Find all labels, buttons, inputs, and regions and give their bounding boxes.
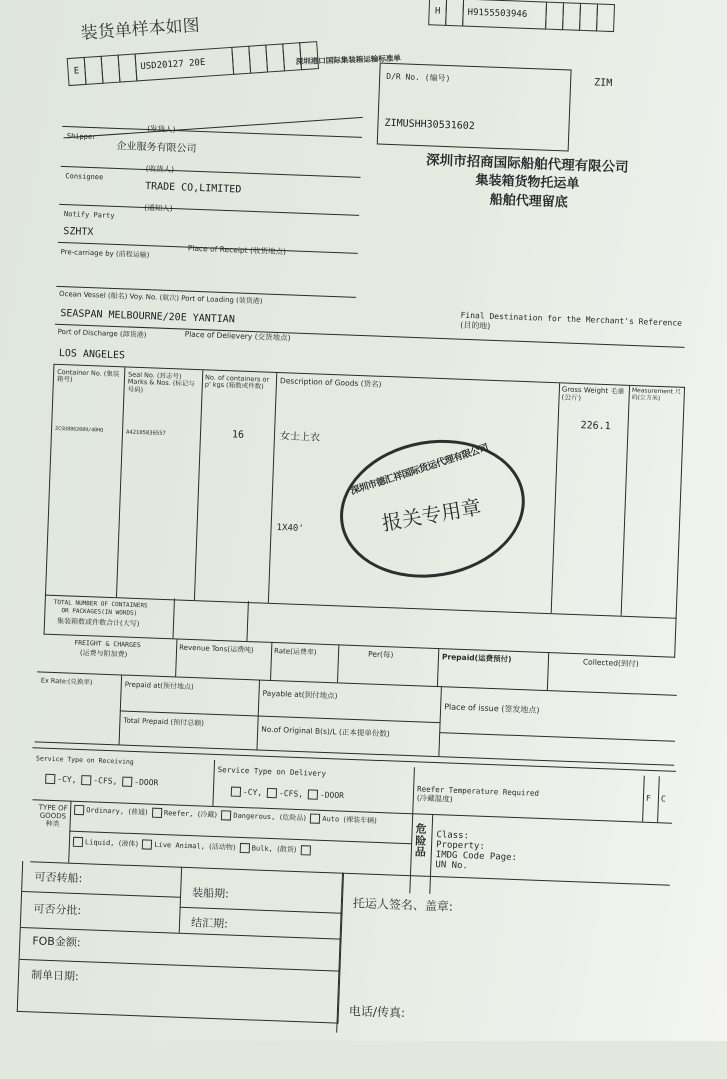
- final-destination-cn: (目的地): [460, 321, 491, 331]
- doc-code-left: EUSD20127 20E: [68, 41, 319, 86]
- header-container-no: Container No. (集装箱号): [57, 369, 122, 386]
- receiving-cfs-checkbox[interactable]: [81, 775, 91, 785]
- shipper-label: Shipper: [67, 132, 97, 141]
- consignee-value: TRADE CO,LIMITED: [145, 181, 242, 196]
- partial-shipment-label: 可否分批:: [33, 903, 81, 917]
- customs-stamp: 深圳市德汇祥国际货运代理有限公司 报关专用章: [329, 426, 536, 592]
- delivery-cfs-checkbox[interactable]: [267, 788, 277, 798]
- reefer-checkbox[interactable]: [152, 808, 162, 818]
- consignee-cn-label: (收货人): [146, 165, 175, 175]
- service-delivery-options: -CY, -CFS, -DOOR: [231, 787, 344, 801]
- dangerous-goods-label: 危险品: [415, 823, 428, 858]
- container-size-value: 1X40': [276, 523, 303, 534]
- transship-label: 可否转船:: [34, 871, 82, 885]
- stamp-ring-text: 深圳市德汇祥国际货运代理有限公司: [350, 444, 490, 499]
- total-label-line2: OR PACKAGES(IN WORDS): [61, 608, 137, 618]
- doc-code-left-value: USD20127 20E: [135, 47, 235, 82]
- header-description: Description of Goods (货名): [280, 377, 382, 389]
- company-title: 深圳市招商国际船舶代理有限公司: [426, 153, 629, 176]
- precarriage-label: Pre-carriage by (前程运输): [60, 248, 149, 259]
- receiving-door-checkbox[interactable]: [122, 777, 132, 787]
- delivery-label: Place of Delievery (交货地点): [184, 331, 290, 344]
- loading-date-label: 装船期:: [192, 887, 229, 901]
- dr-label: D/R No. (编号): [386, 72, 450, 84]
- live-animal-checkbox[interactable]: [142, 839, 152, 849]
- prepaid-at-label: Prepaid at(预付地点): [125, 681, 194, 692]
- carrier-name: ZIM: [594, 77, 612, 89]
- final-destination-label: Final Destination for the Merchant's Ref…: [460, 311, 682, 328]
- other-checkbox[interactable]: [301, 845, 311, 855]
- header-seal-no: Seal No. (封志号) Marks & Nos. (标记与号码): [127, 372, 200, 397]
- dr-number: ZIMUSHH30531602: [384, 118, 475, 133]
- revenue-tons-label: Revenue Tons(运费吨): [179, 644, 254, 655]
- reefer-f: F: [646, 794, 651, 803]
- discharge-value: LOS ANGELES: [59, 348, 126, 362]
- discharge-label: Port of Discharge (卸货港): [58, 328, 147, 339]
- dg-un-no: UN No.: [435, 860, 468, 872]
- ordinary-checkbox[interactable]: [74, 805, 84, 815]
- consignee-label: Consignee: [65, 172, 103, 181]
- auto-checkbox[interactable]: [310, 813, 320, 823]
- dr-box: D/R No. (编号) ZIMUSHH30531602: [377, 63, 572, 152]
- original-bl-label: No.of Original B(s)/L (正本提单份数): [261, 726, 390, 739]
- payable-at-label: Payable at(到付地点): [262, 690, 337, 701]
- shipper-cn-label: (发货人): [147, 125, 176, 135]
- ex-rate-label: Ex Rate:(兑换率): [41, 678, 93, 687]
- page-caption: 装货单样本如图: [80, 17, 200, 45]
- total-prepaid-label: Total Prepaid (预付总额): [123, 717, 204, 728]
- description-value: 女士上衣: [280, 431, 320, 444]
- goods-type-label: TYPE OF GOODS 种类: [37, 804, 68, 829]
- delivery-door-checkbox[interactable]: [308, 789, 318, 799]
- packages-value: 16: [232, 429, 244, 441]
- collected-label: Collected(到付): [583, 658, 639, 669]
- freight-cn: (运费与附加费): [80, 649, 128, 659]
- dangerous-checkbox[interactable]: [221, 810, 231, 820]
- shipper-value: 企业服务有限公司: [116, 141, 196, 155]
- vessel-value: SEASPAN MELBOURNE/20E YANTIAN: [60, 308, 235, 326]
- notify-cn-label: (通知人): [144, 204, 173, 214]
- bulk-checkbox[interactable]: [240, 843, 250, 853]
- photo-background: 装货单样本如图 EUSD20127 20E HH9155503946 深圳港口国…: [0, 0, 727, 1041]
- settlement-date-label: 结汇期:: [191, 917, 228, 931]
- footer-left-block: 可否转船: 可否分批: 装船期: 结汇期: FOB金额: 制单日期:: [17, 861, 344, 1024]
- liquid-checkbox[interactable]: [73, 837, 83, 847]
- stamp-center-text: 报关专用章: [380, 496, 482, 536]
- header-packages: No. of containers or p' kgs (箱数或件数): [205, 374, 276, 391]
- notify-value: SZHTX: [63, 226, 94, 239]
- per-label: Per(每): [368, 650, 394, 660]
- doc-code-right: HH9155503946: [429, 0, 615, 32]
- delivery-cy-checkbox[interactable]: [231, 787, 241, 797]
- header-gross-weight: Gross Weight 毛重(公斤): [561, 385, 628, 404]
- shipper-signature-label: 托运人签名、盖章:: [353, 897, 453, 914]
- rate-label: Rate(运费率): [274, 647, 317, 657]
- copy-title: 船舶代理留底: [489, 194, 568, 212]
- place-receipt-label: Place of Receipt (收货地点): [188, 245, 286, 257]
- prepaid-label: Prepaid(运费预付): [442, 653, 512, 664]
- total-label-cn: 集装箱数或件数合计(大写): [57, 617, 140, 628]
- place-issue-label: Place of issue (签发地点): [444, 702, 540, 715]
- receiving-cy-checkbox[interactable]: [45, 774, 55, 784]
- doc-code-right-value: H9155503946: [462, 0, 547, 30]
- form-title: 集装箱货物托运单: [475, 174, 579, 193]
- container-no-value: ZCSU8862089/40HQ: [55, 427, 103, 435]
- goods-table: Container No. (集装箱号) Seal No. (封志号) Mark…: [45, 364, 685, 619]
- phone-fax-label: 电话/传真:: [349, 1005, 406, 1021]
- gross-weight-value: 226.1: [580, 420, 611, 433]
- service-receiving-options: -CY, -CFS, -DOOR: [45, 774, 158, 788]
- service-receiving-label: Service Type on Receiving: [36, 755, 134, 766]
- goods-type-row2: Liquid, (液体) Live Animal, (活动物) Bulk, (散…: [73, 837, 313, 856]
- document-date-label: 制单日期:: [31, 969, 79, 983]
- service-delivery-label: Service Type on Delivery: [218, 766, 327, 779]
- reefer-c: C: [661, 794, 666, 803]
- shipping-order-form: 装货单样本如图 EUSD20127 20E HH9155503946 深圳港口国…: [0, 0, 712, 1041]
- reefer-cn: (冷藏温度): [417, 794, 453, 804]
- notify-label: Notify Party: [64, 210, 115, 220]
- fob-amount-label: FOB金额:: [32, 935, 81, 949]
- header-measurement: Measurement 尺码(立方米): [631, 388, 683, 404]
- seal-no-value: A42105836557: [126, 429, 166, 437]
